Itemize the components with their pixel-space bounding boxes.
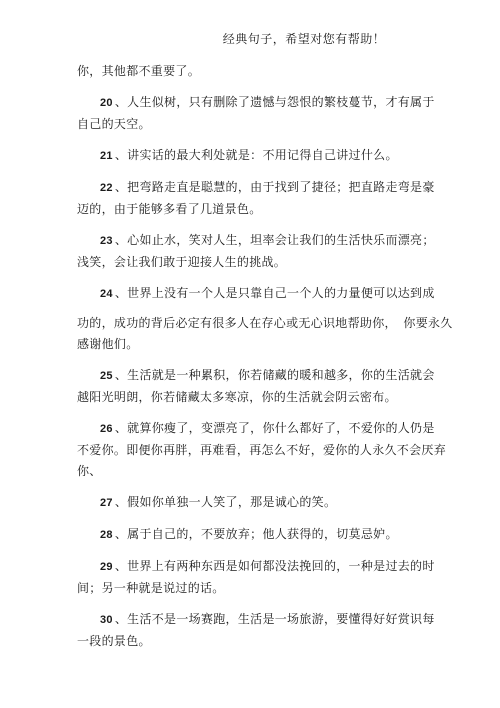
paragraph: 28、属于自己的，不要放弃；他人获得的，切莫忌妒。 [77, 524, 490, 546]
paragraph-line: 感谢他们。 [77, 334, 490, 355]
paragraph-line: 一段的景色。 [77, 631, 490, 652]
paragraph: 23、心如止水，笑对人生，坦率会让我们的生活快乐而漂亮；浅笑，会让我们敢于迎接人… [77, 230, 490, 273]
paragraph: 24、世界上没有一个人是只靠自己一个人的力量便可以达到成功的，成功的背后必定有很… [77, 283, 490, 355]
paragraph-line: 25、生活就是一种累积，你若储藏的暖和越多，你的生活就会 [77, 365, 490, 387]
paragraph: 25、生活就是一种累积，你若储藏的暖和越多，你的生活就会越阳光明朗，你若储藏太多… [77, 365, 490, 408]
document-title: 经典句子，希望对您有帮助！ [108, 30, 500, 49]
paragraph-line: 28、属于自己的，不要放弃；他人获得的，切莫忌妒。 [77, 524, 490, 546]
paragraph: 26、就算你瘦了，变漂亮了，你什么都好了，不爱你的人仍是不爱你。即便你再胖，再难… [77, 418, 490, 482]
paragraph-number: 26 [100, 423, 113, 435]
paragraph-number: 25 [100, 370, 113, 382]
paragraph-number: 28 [100, 529, 113, 541]
paragraph-line: 迈的，由于能够多看了几道景色。 [77, 199, 490, 220]
paragraph-number: 29 [100, 561, 113, 573]
paragraph-line: 21、讲实话的最大利处就是：不用记得自己讲过什么。 [77, 145, 490, 167]
paragraph-line: 你、 [77, 461, 490, 482]
paragraph: 20、人生似树，只有删除了遗憾与怨恨的繁枝蔓节，才有属于自己的天空。 [77, 92, 490, 135]
paragraph-line: 你，其他都不重要了。 [77, 61, 490, 82]
paragraph: 27、假如你单独一人笑了，那是诚心的笑。 [77, 492, 490, 514]
paragraph-line: 27、假如你单独一人笑了，那是诚心的笑。 [77, 492, 490, 514]
paragraph-number: 20 [100, 97, 113, 109]
paragraph-line: 功的，成功的背后必定有很多人在存心或无心识地帮助你， 你要永久 [77, 313, 490, 334]
paragraph-number: 27 [100, 497, 113, 509]
paragraph-number: 30 [100, 614, 113, 626]
document-page: 经典句子，希望对您有帮助！ 你，其他都不重要了。20、人生似树，只有删除了遗憾与… [0, 0, 500, 708]
paragraph-number: 22 [100, 182, 113, 194]
paragraph-number: 24 [100, 288, 113, 300]
paragraph: 22、把弯路走直是聪慧的，由于找到了捷径；把直路走弯是豪迈的，由于能够多看了几道… [77, 177, 490, 220]
paragraph-line: 不爱你。即便你再胖，再难看，再怎么不好，爱你的人永久不会厌弃 [77, 440, 490, 461]
paragraph-line: 浅笑，会让我们敢于迎接人生的挑战。 [77, 252, 490, 273]
paragraph-line: 22、把弯路走直是聪慧的，由于找到了捷径；把直路走弯是豪 [77, 177, 490, 199]
paragraph-line: 20、人生似树，只有删除了遗憾与怨恨的繁枝蔓节，才有属于 [77, 92, 490, 114]
paragraph-line: 26、就算你瘦了，变漂亮了，你什么都好了，不爱你的人仍是 [77, 418, 490, 440]
document-body: 你，其他都不重要了。20、人生似树，只有删除了遗憾与怨恨的繁枝蔓节，才有属于自己… [77, 61, 490, 652]
paragraph-number: 23 [100, 235, 113, 247]
paragraph-number: 21 [100, 150, 113, 162]
paragraph-line: 30、生活不是一场赛跑，生活是一场旅游，要懂得好好赏识每 [77, 609, 490, 631]
paragraph-line: 29、世界上有两种东西是如何都没法挽回的，一种是过去的时 [77, 556, 490, 578]
paragraph: 29、世界上有两种东西是如何都没法挽回的，一种是过去的时间；另一种就是说过的话。 [77, 556, 490, 599]
paragraph: 21、讲实话的最大利处就是：不用记得自己讲过什么。 [77, 145, 490, 167]
paragraph-line: 间；另一种就是说过的话。 [77, 578, 490, 599]
paragraph-line: 自己的天空。 [77, 114, 490, 135]
paragraph: 你，其他都不重要了。 [77, 61, 490, 82]
paragraph-line: 越阳光明朗，你若储藏太多寒凉，你的生活就会阴云密布。 [77, 387, 490, 408]
paragraph-line: 24、世界上没有一个人是只靠自己一个人的力量便可以达到成 [77, 283, 490, 305]
paragraph-line: 23、心如止水，笑对人生，坦率会让我们的生活快乐而漂亮； [77, 230, 490, 252]
paragraph: 30、生活不是一场赛跑，生活是一场旅游，要懂得好好赏识每一段的景色。 [77, 609, 490, 652]
